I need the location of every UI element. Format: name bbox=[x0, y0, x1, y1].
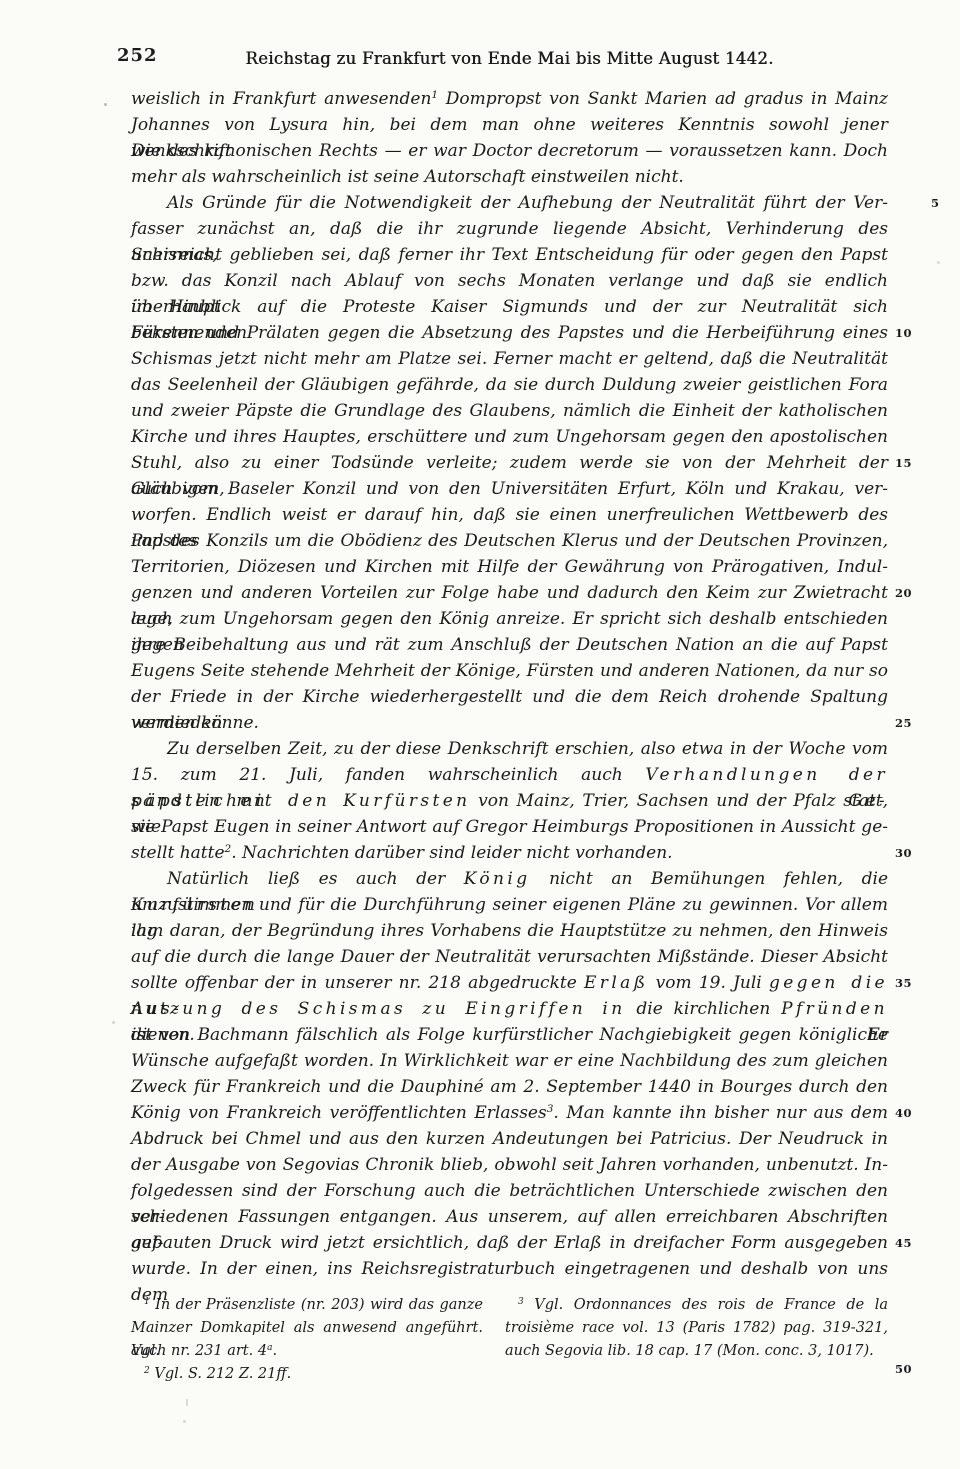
text-segment: der Ausgabe von Segovias Chronik blieb, … bbox=[131, 1155, 888, 1175]
text-line: sie Papst Eugen in seiner Antwort auf Gr… bbox=[131, 814, 888, 840]
text-line: im Hinblick auf die Proteste Kaiser Sigm… bbox=[131, 294, 888, 320]
text-line: genzen und anderen Vorteilen zur Folge h… bbox=[131, 580, 888, 606]
text-line: gebauten Druck wird jetzt ersichtlich, d… bbox=[131, 1230, 888, 1256]
text-line: sollte offenbar der in unserer nr. 218 a… bbox=[131, 970, 888, 996]
scan-speck bbox=[104, 103, 107, 106]
text-segment: troisième race vol. 13 (Paris 1782) pag.… bbox=[505, 1320, 888, 1336]
text-segment: gebauten Druck wird jetzt ersichtlich, d… bbox=[131, 1233, 888, 1253]
running-header-title: Reichstag zu Frankfurt von Ende Mai bis … bbox=[131, 49, 888, 68]
margin-line-number: 15 bbox=[895, 450, 935, 476]
text-line: stellt hatte2. Nachrichten darüber sind … bbox=[131, 840, 888, 866]
text-line: auch vom Baseler Konzil und von den Univ… bbox=[131, 476, 888, 502]
text-line: Natürlich ließ es auch der König nicht a… bbox=[131, 866, 888, 892]
text-segment: Erlaß bbox=[584, 973, 648, 993]
text-segment: Natürlich ließ es auch der bbox=[167, 869, 464, 889]
text-segment: König von Frankreich veröffentlichten Er… bbox=[131, 1103, 547, 1123]
text-segment: Als Gründe für die Notwendigkeit der Auf… bbox=[167, 193, 888, 213]
scan-speck bbox=[112, 1021, 115, 1024]
text-line: 2 Vgl. S. 212 Z. 21ff. bbox=[131, 1363, 483, 1386]
margin-line-number-50: 50 bbox=[895, 1362, 912, 1376]
margin-line-number: 40 bbox=[895, 1100, 935, 1126]
text-segment: Abdruck bei Chmel und aus den kurzen And… bbox=[131, 1129, 888, 1149]
text-segment: Vgl. Ordonnances des rois de France de l… bbox=[524, 1297, 888, 1313]
superscript-mark: 1 bbox=[431, 89, 438, 101]
scanned-book-page: 252 Reichstag zu Frankfurt von Ende Mai … bbox=[0, 0, 960, 1469]
text-segment: unerreicht geblieben sei, daß ferner ihr… bbox=[131, 245, 888, 265]
text-segment: wie des kanonischen Rechts — er war Doct… bbox=[131, 141, 888, 161]
text-line: Zu derselben Zeit, zu der diese Denkschr… bbox=[131, 736, 888, 762]
text-line: 3 Vgl. Ordonnances des rois de France de… bbox=[505, 1294, 888, 1317]
text-segment: ist von Bachmann fälschlich als Folge ku… bbox=[131, 1025, 888, 1045]
superscript-mark: a bbox=[267, 1343, 272, 1353]
text-line: sandten mit den Kurfürsten von Mainz, Tr… bbox=[131, 788, 888, 814]
text-segment: werden könne. bbox=[131, 713, 259, 733]
text-line: umzustimmen und für die Durchführung sei… bbox=[131, 892, 888, 918]
text-line: Schismas jetzt nicht mehr am Platze sei.… bbox=[131, 346, 888, 372]
text-line: schiedenen Fassungen entgangen. Aus unse… bbox=[131, 1204, 888, 1230]
text-segment: . bbox=[272, 1343, 277, 1359]
margin-line-number: 10 bbox=[895, 320, 935, 346]
superscript-mark: 3 bbox=[547, 1103, 554, 1115]
text-line: bzw. das Konzil nach Ablauf von sechs Mo… bbox=[131, 268, 888, 294]
text-line: Kirche und ihres Hauptes, erschüttere un… bbox=[131, 424, 888, 450]
text-line: und zweier Päpste die Grundlage des Glau… bbox=[131, 398, 888, 424]
text-line: Stuhl, also zu einer Todsünde verleite; … bbox=[131, 450, 888, 476]
text-segment: sollte offenbar der in unserer nr. 218 a… bbox=[131, 973, 584, 993]
superscript-mark: 3 bbox=[518, 1297, 524, 1307]
text-segment: nicht an Bemühungen fehlen, die bbox=[531, 869, 888, 889]
text-segment: ihm daran, der Begründung ihres Vorhaben… bbox=[131, 921, 888, 941]
margin-line-number: 20 bbox=[895, 580, 935, 606]
text-line: auch zum Ungehorsam gegen den König anre… bbox=[131, 606, 888, 632]
text-line: troisième race vol. 13 (Paris 1782) pag.… bbox=[505, 1317, 888, 1340]
footnotes-section: 1 In der Präsenzliste (nr. 203) wird das… bbox=[131, 1294, 888, 1386]
text-line: wie des kanonischen Rechts — er war Doct… bbox=[131, 138, 888, 164]
text-line: Johannes von Lysura hin, bei dem man ohn… bbox=[131, 112, 888, 138]
text-line: das Seelenheil der Gläubigen gefährde, d… bbox=[131, 372, 888, 398]
text-line: Zweck für Frankreich und die Dauphiné am… bbox=[131, 1074, 888, 1100]
text-segment: . Man kannte ihn bisher nur aus dem bbox=[553, 1103, 888, 1123]
text-segment: mehr als wahrscheinlich ist seine Autors… bbox=[131, 167, 684, 187]
text-segment: . Nachrichten darüber sind leider nicht … bbox=[231, 843, 672, 863]
text-segment: In der Präsenzliste (nr. 203) wird das g… bbox=[150, 1297, 483, 1313]
text-segment: sandten mit den Kurfürsten bbox=[131, 791, 471, 811]
text-segment: und des Konzils um die Obödienz des Deut… bbox=[131, 531, 888, 551]
text-line: worfen. Endlich weist er darauf hin, daß… bbox=[131, 502, 888, 528]
text-segment: Zu derselben Zeit, zu der diese Denkschr… bbox=[167, 739, 888, 759]
text-segment: auf die durch die lange Dauer der Neutra… bbox=[131, 947, 888, 967]
text-line: Als Gründe für die Notwendigkeit der Auf… bbox=[131, 190, 888, 216]
text-segment: vom 19. Juli bbox=[648, 973, 768, 993]
scan-speck bbox=[183, 1420, 186, 1423]
text-line: auch Segovia lib. 18 cap. 17 (Mon. conc.… bbox=[505, 1340, 888, 1363]
margin-line-number: 35 bbox=[895, 970, 935, 996]
text-line: der Ausgabe von Segovias Chronik blieb, … bbox=[131, 1152, 888, 1178]
text-segment: das Seelenheil der Gläubigen gefährde, d… bbox=[131, 375, 888, 395]
text-line: ihm daran, der Begründung ihres Vorhaben… bbox=[131, 918, 888, 944]
footnote-column-right: 3 Vgl. Ordonnances des rois de France de… bbox=[505, 1294, 888, 1386]
text-segment: 15. zum 21. Juli, fanden wahrscheinlich … bbox=[131, 765, 645, 785]
margin-line-number: 5 bbox=[895, 190, 935, 216]
text-line: 15. zum 21. Juli, fanden wahrscheinlich … bbox=[131, 762, 888, 788]
text-line: wurde. In der einen, ins Reichsregistrat… bbox=[131, 1256, 888, 1282]
text-line: werden könne.25 bbox=[131, 710, 888, 736]
superscript-mark: 1 bbox=[144, 1297, 150, 1307]
text-segment: stellt hatte bbox=[131, 843, 225, 863]
text-line: der Friede in der Kirche wiederhergestel… bbox=[131, 684, 888, 710]
text-line: König von Frankreich veröffentlichten Er… bbox=[131, 1100, 888, 1126]
body-text: weislich in Frankfurt anwesenden1 Dompro… bbox=[131, 86, 888, 1282]
text-segment: auch nr. 231 art. 4 bbox=[131, 1343, 267, 1359]
text-line: Fürsten und Prälaten gegen die Absetzung… bbox=[131, 320, 888, 346]
text-line: ist von Bachmann fälschlich als Folge ku… bbox=[131, 1022, 888, 1048]
text-line: folgedessen sind der Forschung auch die … bbox=[131, 1178, 888, 1204]
text-line: und des Konzils um die Obödienz des Deut… bbox=[131, 528, 888, 554]
scan-speck bbox=[937, 261, 940, 264]
text-segment: König bbox=[464, 869, 531, 889]
text-line: nutzung des Schismas zu Eingriffen in di… bbox=[131, 996, 888, 1022]
superscript-mark: 2 bbox=[144, 1366, 150, 1376]
text-segment: auch Segovia lib. 18 cap. 17 (Mon. conc.… bbox=[505, 1343, 874, 1359]
scan-speck bbox=[186, 1399, 188, 1406]
text-line: Mainzer Domkapitel als anwesend angeführ… bbox=[131, 1317, 483, 1340]
text-line: 1 In der Präsenzliste (nr. 203) wird das… bbox=[131, 1294, 483, 1317]
text-line: ihre Beibehaltung aus und rät zum Anschl… bbox=[131, 632, 888, 658]
text-segment: und zweier Päpste die Grundlage des Glau… bbox=[131, 401, 888, 421]
text-segment: auch vom Baseler Konzil und von den Univ… bbox=[131, 479, 888, 499]
superscript-mark: 2 bbox=[225, 843, 232, 855]
text-segment: ihre Beibehaltung aus und rät zum Anschl… bbox=[131, 635, 888, 655]
text-segment: die kirchlichen bbox=[626, 999, 782, 1019]
footnote-column-left: 1 In der Präsenzliste (nr. 203) wird das… bbox=[131, 1294, 483, 1386]
text-line: auch nr. 231 art. 4a. bbox=[131, 1340, 483, 1363]
text-line: auf die durch die lange Dauer der Neutra… bbox=[131, 944, 888, 970]
text-segment: Territorien, Diözesen und Kirchen mit Hi… bbox=[131, 557, 888, 577]
text-line: weislich in Frankfurt anwesenden1 Dompro… bbox=[131, 86, 888, 112]
text-segment: Wünsche aufgefaßt worden. In Wirklichkei… bbox=[131, 1051, 888, 1071]
text-segment: Dompropst von Sankt Marien ad gradus in … bbox=[438, 89, 888, 109]
margin-line-number: 30 bbox=[895, 840, 935, 866]
text-segment: Kirche und ihres Hauptes, erschüttere un… bbox=[131, 427, 888, 447]
text-segment: sie Papst Eugen in seiner Antwort auf Gr… bbox=[131, 817, 888, 837]
text-segment: weislich in Frankfurt anwesenden bbox=[131, 89, 431, 109]
text-segment: Pfründen bbox=[781, 999, 888, 1019]
text-line: Eugens Seite stehende Mehrheit der König… bbox=[131, 658, 888, 684]
text-line: unerreicht geblieben sei, daß ferner ihr… bbox=[131, 242, 888, 268]
margin-line-number: 25 bbox=[895, 710, 935, 736]
text-line: Abdruck bei Chmel und aus den kurzen And… bbox=[131, 1126, 888, 1152]
text-line: fasser zunächst an, daß die ihr zugrunde… bbox=[131, 216, 888, 242]
text-segment: nutzung des Schismas zu Eingriffen in bbox=[131, 999, 626, 1019]
text-line: Territorien, Diözesen und Kirchen mit Hi… bbox=[131, 554, 888, 580]
text-segment: Schismas jetzt nicht mehr am Platze sei.… bbox=[131, 349, 888, 369]
text-segment: Vgl. S. 212 Z. 21ff. bbox=[150, 1366, 292, 1382]
text-segment: Fürsten und Prälaten gegen die Absetzung… bbox=[131, 323, 888, 343]
text-segment: Eugens Seite stehende Mehrheit der König… bbox=[131, 661, 888, 681]
margin-line-number: 45 bbox=[895, 1230, 935, 1256]
text-line: Wünsche aufgefaßt worden. In Wirklichkei… bbox=[131, 1048, 888, 1074]
text-line: mehr als wahrscheinlich ist seine Autors… bbox=[131, 164, 888, 190]
text-segment: Zweck für Frankreich und die Dauphiné am… bbox=[131, 1077, 888, 1097]
